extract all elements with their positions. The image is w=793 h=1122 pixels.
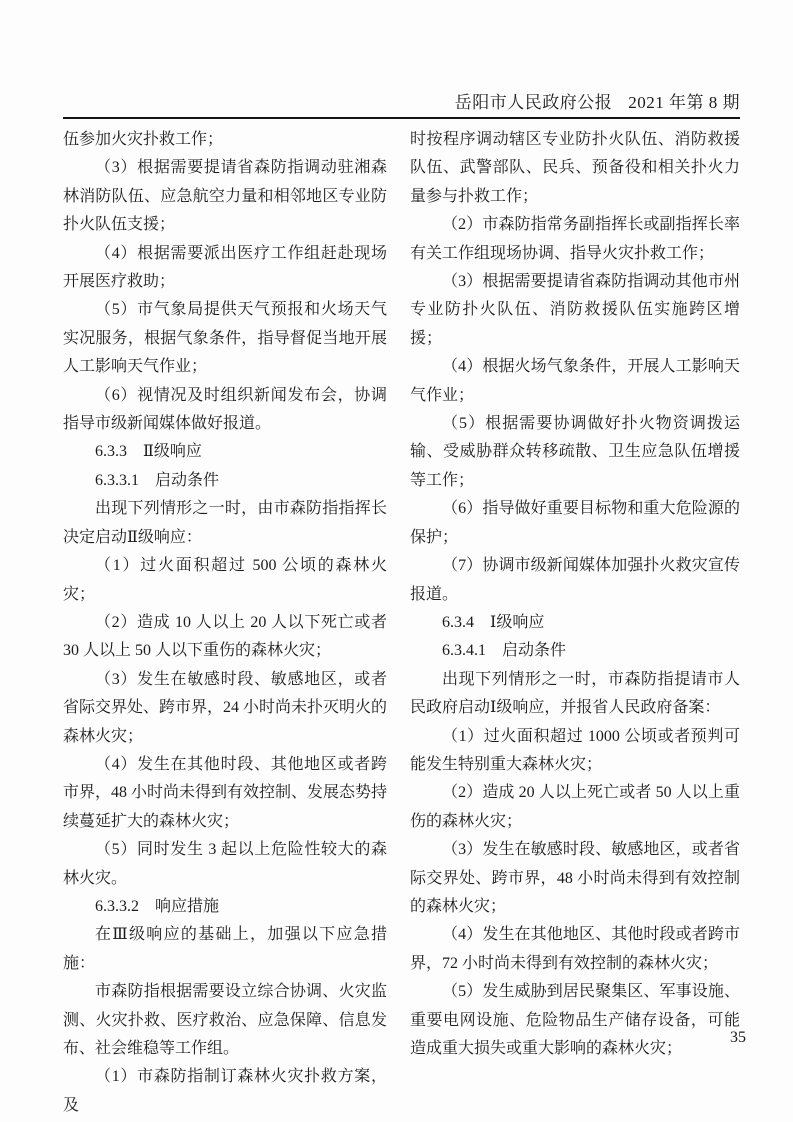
paragraph: （7）协调市级新闻媒体加强扑火救灾宣传报道。: [410, 552, 740, 609]
section-heading: 6.3.4 Ⅰ级响应: [410, 609, 740, 637]
paragraph: （1）过火面积超过 1000 公顷或者预判可能发生特别重大森林火灾；: [410, 723, 740, 780]
section-heading: 6.3.3.2 响应措施: [63, 893, 387, 921]
paragraph: 出现下列情形之一时，由市森防指指挥长决定启动Ⅱ级响应：: [63, 495, 387, 552]
gazette-page: 岳阳市人民政府公报2021 年第 8 期 伍参加火灾扑救工作；（3）根据需要提请…: [0, 0, 793, 1122]
section-heading: 6.3.3.1 启动条件: [63, 467, 387, 495]
header-rule: [63, 117, 740, 119]
paragraph: （6）指导做好重要目标物和重大危险源的保护；: [410, 495, 740, 552]
paragraph: （5）市气象局提供天气预报和火场天气实况服务，根据气象条件，指导督促当地开展人工…: [63, 296, 387, 381]
paragraph: （3）发生在敏感时段、敏感地区，或者省际交界处、跨市界，24 小时尚未扑灭明火的…: [63, 666, 387, 751]
paragraph: 伍参加火灾扑救工作；: [63, 126, 387, 154]
paragraph: 在Ⅲ级响应的基础上，加强以下应急措施：: [63, 921, 387, 978]
publication-title: 岳阳市人民政府公报: [455, 93, 613, 112]
paragraph: （4）发生在其他时段、其他地区或者跨市界，48 小时尚未得到有效控制、发展态势持…: [63, 751, 387, 836]
page-number: 35: [730, 1027, 746, 1049]
page-header: 岳阳市人民政府公报2021 年第 8 期: [63, 91, 740, 115]
paragraph: （3）发生在敏感时段、敏感地区，或者省际交界处、跨市界，48 小时尚未得到有效控…: [410, 836, 740, 921]
paragraph: （2）造成 20 人以上死亡或者 50 人以上重伤的森林火灾；: [410, 779, 740, 836]
section-heading: 6.3.4.1 启动条件: [410, 637, 740, 665]
paragraph: （3）根据需要提请省森防指调动驻湘森林消防队伍、应急航空力量和相邻地区专业防扑火…: [63, 154, 387, 239]
paragraph: （5）根据需要协调做好扑火物资调拨运输、受威胁群众转移疏散、卫生应急队伍增援等工…: [410, 410, 740, 495]
paragraph: 市森防指根据需要设立综合协调、火灾监测、火灾扑救、医疗救治、应急保障、信息发布、…: [63, 978, 387, 1063]
right-column: 时按程序调动辖区专业防扑火队伍、消防救援队伍、武警部队、民兵、预备役和相关扑火力…: [410, 126, 740, 1063]
issue-label: 2021 年第 8 期: [628, 93, 740, 112]
left-column: 伍参加火灾扑救工作；（3）根据需要提请省森防指调动驻湘森林消防队伍、应急航空力量…: [63, 126, 387, 1120]
paragraph: （3）根据需要提请省森防指调动其他市州专业防扑火队伍、消防救援队伍实施跨区增援；: [410, 268, 740, 353]
paragraph: （2）市森防指常务副指挥长或副指挥长率有关工作组现场协调、指导火灾扑救工作；: [410, 211, 740, 268]
section-heading: 6.3.3 Ⅱ级响应: [63, 438, 387, 466]
paragraph: （4）根据火场气象条件，开展人工影响天气作业；: [410, 353, 740, 410]
paragraph: 出现下列情形之一时，市森防指提请市人民政府启动Ⅰ级响应，并报省人民政府备案：: [410, 666, 740, 723]
paragraph: （4）发生在其他地区、其他时段或者跨市界，72 小时尚未得到有效控制的森林火灾；: [410, 921, 740, 978]
paragraph: （1）过火面积超过 500 公顷的森林火灾；: [63, 552, 387, 609]
paragraph: （2）造成 10 人以上 20 人以下死亡或者 30 人以上 50 人以下重伤的…: [63, 609, 387, 666]
paragraph: （6）视情况及时组织新闻发布会，协调指导市级新闻媒体做好报道。: [63, 382, 387, 439]
paragraph: （4）根据需要派出医疗工作组赶赴现场开展医疗救助；: [63, 240, 387, 297]
paragraph: （5）同时发生 3 起以上危险性较大的森林火灾。: [63, 836, 387, 893]
paragraph: （5）发生威胁到居民聚集区、军事设施、重要电网设施、危险物品生产储存设备，可能造…: [410, 978, 740, 1063]
paragraph: （1）市森防指制订森林火灾扑救方案，及: [63, 1063, 387, 1120]
paragraph: 时按程序调动辖区专业防扑火队伍、消防救援队伍、武警部队、民兵、预备役和相关扑火力…: [410, 126, 740, 211]
